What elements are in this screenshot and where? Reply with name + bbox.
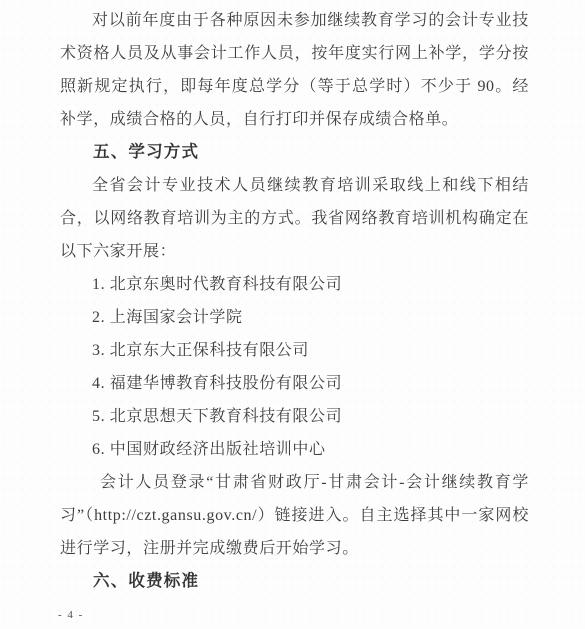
heading-section-6-fee-standard: 六、收费标准 <box>60 565 529 598</box>
provider-item-2: 2. 上海国家会计学院 <box>60 301 529 334</box>
paragraph-login-instruction: 会计人员登录“甘肃省财政厅-甘肃会计-会计继续教育学习”（http://czt.… <box>60 466 529 565</box>
paragraph-training-intro: 全省会计专业技术人员继续教育培训采取线上和线下相结合，以网络教育培训为主的方式。… <box>60 169 529 268</box>
provider-item-6: 6. 中国财政经济出版社培训中心 <box>60 433 529 466</box>
paragraph-remedial-study: 对以前年度由于各种原因未参加继续教育学习的会计专业技术资格人员及从事会计工作人员… <box>60 4 529 136</box>
provider-item-3: 3. 北京东大正保科技有限公司 <box>60 334 529 367</box>
provider-item-5: 5. 北京思想天下教育科技有限公司 <box>60 400 529 433</box>
provider-list: 1. 北京东奥时代教育科技有限公司 2. 上海国家会计学院 3. 北京东大正保科… <box>60 268 529 466</box>
heading-section-5-study-method: 五、学习方式 <box>60 136 529 169</box>
page-number: - 4 - <box>58 609 84 621</box>
provider-item-1: 1. 北京东奥时代教育科技有限公司 <box>60 268 529 301</box>
page-content: 对以前年度由于各种原因未参加继续教育学习的会计专业技术资格人员及从事会计工作人员… <box>60 4 529 598</box>
provider-item-4: 4. 福建华博教育科技股份有限公司 <box>60 367 529 400</box>
document-page: 对以前年度由于各种原因未参加继续教育学习的会计专业技术资格人员及从事会计工作人员… <box>0 0 585 629</box>
